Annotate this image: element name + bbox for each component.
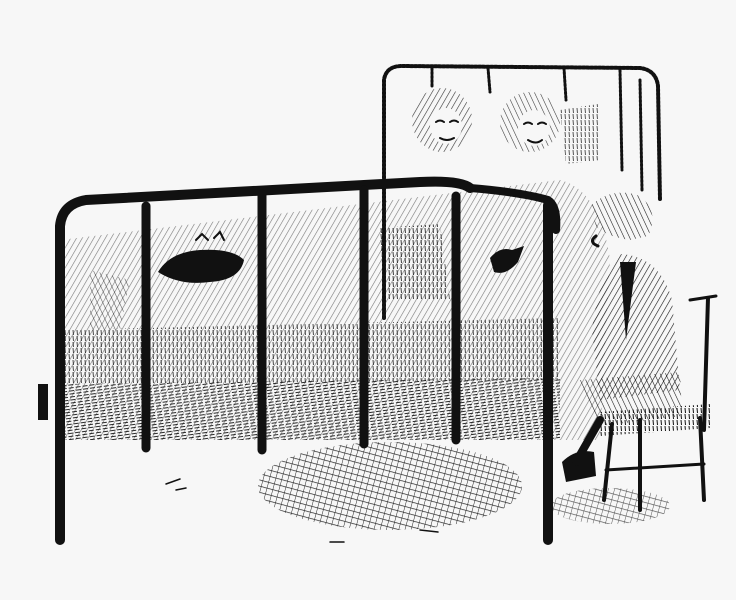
children-in-bed <box>412 88 600 164</box>
illustration <box>0 0 736 600</box>
footboard-latch <box>38 384 48 420</box>
